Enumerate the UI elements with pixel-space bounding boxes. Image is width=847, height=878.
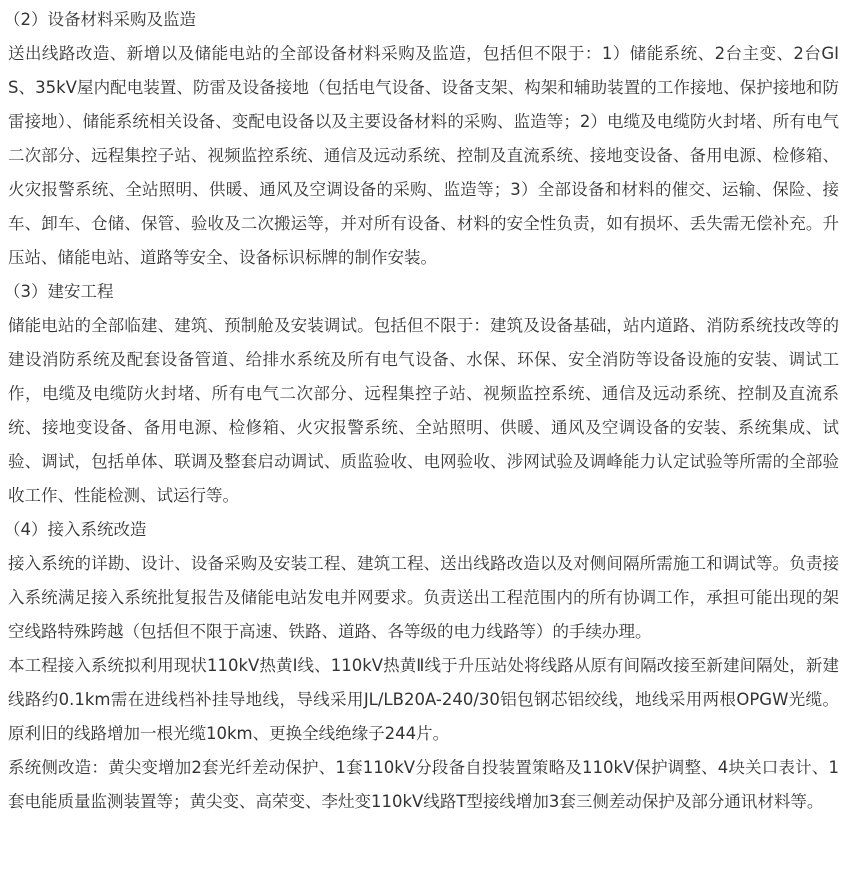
- paragraph-grid-access-system-side: 系统侧改造：黄尖变增加2套光纤差动保护、1套110kV分段备自投装置策略及110…: [8, 751, 839, 819]
- paragraph-equipment-procurement: 送出线路改造、新增以及储能电站的全部设备材料采购及监造，包括但不限于：1）储能系…: [8, 37, 839, 275]
- document-body: （2）设备材料采购及监造 送出线路改造、新增以及储能电站的全部设备材料采购及监造…: [0, 0, 847, 819]
- paragraph-grid-access-lines: 本工程接入系统拟利用现状110kV热黄Ⅰ线、110kV热黄Ⅱ线于升压站处将线路从…: [8, 649, 839, 751]
- section-heading-grid-access: （4）接入系统改造: [4, 513, 839, 547]
- paragraph-grid-access-scope: 接入系统的详勘、设计、设备采购及安装工程、建筑工程、送出线路改造以及对侧间隔所需…: [8, 547, 839, 649]
- section-heading-equipment-procurement: （2）设备材料采购及监造: [4, 3, 839, 37]
- paragraph-construction-installation: 储能电站的全部临建、建筑、预制舱及安装调试。包括但不限于：建筑及设备基础，站内道…: [8, 309, 839, 513]
- section-heading-construction-installation: （3）建安工程: [4, 275, 839, 309]
